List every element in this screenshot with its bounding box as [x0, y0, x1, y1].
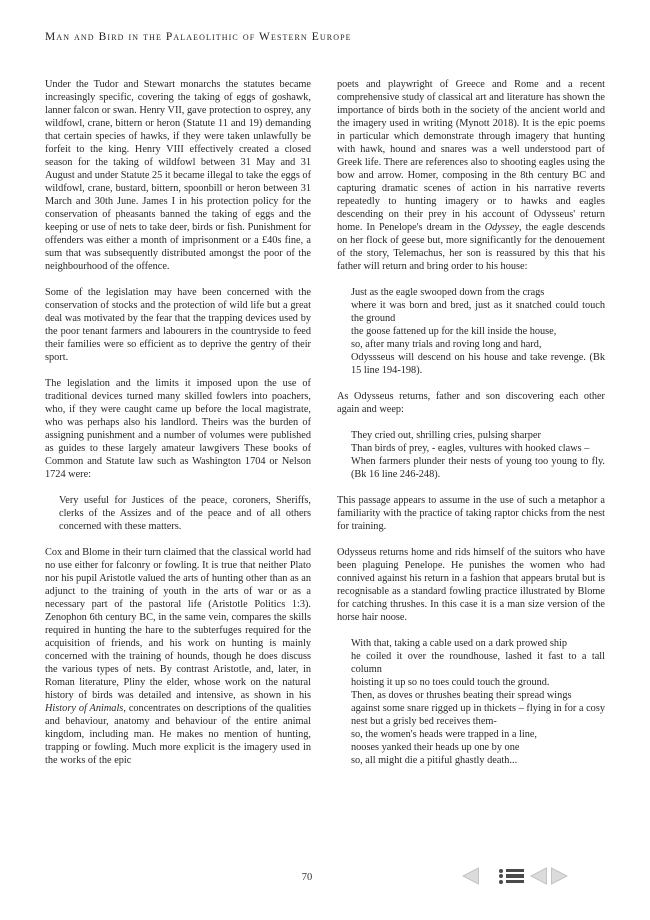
verse-line: so, the women's heads were trapped in a … — [351, 728, 605, 741]
verse-line: he coiled it over the roundhouse, lashed… — [351, 650, 605, 676]
previous-page-icon[interactable] — [529, 867, 548, 885]
paragraph: This passage appears to assume in the us… — [337, 494, 605, 533]
document-page: Man and Bird in the Palaeolithic of West… — [0, 0, 650, 920]
back-icon[interactable] — [461, 867, 480, 885]
verse-line: where it was born and bred, just as it s… — [351, 299, 605, 325]
page-title: Man and Bird in the Palaeolithic of West… — [45, 31, 352, 43]
left-column: Under the Tudor and Stewart monarchs the… — [45, 78, 311, 870]
paragraph: As Odysseus returns, father and son disc… — [337, 390, 605, 416]
verse-line: When farmers plunder their nests of youn… — [351, 455, 605, 481]
verse-line: the goose fattened up for the kill insid… — [351, 325, 605, 338]
verse-quote: Just as the eagle swooped down from the … — [351, 286, 605, 377]
verse-line: Just as the eagle swooped down from the … — [351, 286, 605, 299]
verse-line: against some snare rigged up in thickets… — [351, 702, 605, 728]
verse-line: They cried out, shrilling cries, pulsing… — [351, 429, 605, 442]
paragraph: poets and playwright of Greece and Rome … — [337, 78, 605, 273]
verse-line: so, all might die a pitiful ghastly deat… — [351, 754, 605, 767]
paragraph: Odysseus returns home and rids himself o… — [337, 546, 605, 624]
verse-line: so, after many trials and roving long an… — [351, 338, 605, 351]
verse-line: Odyssseus will descend on his house and … — [351, 351, 605, 377]
paragraph: Under the Tudor and Stewart monarchs the… — [45, 78, 311, 273]
verse-line: nooses yanked their heads up one by one — [351, 741, 605, 754]
contents-icon-row — [499, 874, 526, 878]
verse-line: Then, as doves or thrushes beating their… — [351, 689, 605, 702]
contents-icon[interactable] — [499, 869, 529, 884]
right-column: poets and playwright of Greece and Rome … — [337, 78, 605, 870]
paragraph: The legislation and the limits it impose… — [45, 377, 311, 481]
verse-line: hoisting it up so no toes could touch th… — [351, 676, 605, 689]
contents-icon-row — [499, 880, 526, 884]
navigation-toolbar — [461, 866, 569, 886]
verse-line: With that, taking a cable used on a dark… — [351, 637, 605, 650]
paragraph: Cox and Blome in their turn claimed that… — [45, 546, 311, 767]
verse-quote: They cried out, shrilling cries, pulsing… — [351, 429, 605, 481]
block-quote: Very useful for Justices of the peace, c… — [59, 494, 311, 533]
verse-quote: With that, taking a cable used on a dark… — [351, 637, 605, 767]
next-page-icon[interactable] — [550, 867, 569, 885]
verse-line: Than birds of prey, - eagles, vultures w… — [351, 442, 605, 455]
contents-icon-row — [499, 869, 526, 873]
paragraph: Some of the legislation may have been co… — [45, 286, 311, 364]
